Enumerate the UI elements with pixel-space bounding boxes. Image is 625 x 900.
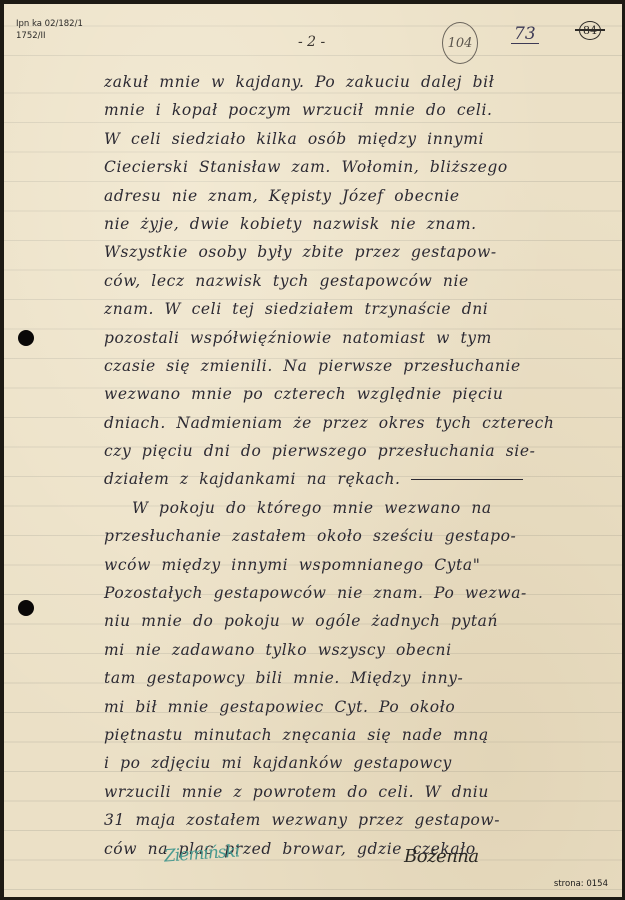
document-page: Ipn ka 02/182/1 1752/II - 2 - 104 73 84 …: [4, 4, 622, 897]
text-line: W pokoju do którego mnie wezwano na: [104, 494, 624, 522]
text-line: przesłuchanie zastałem około sześciu ges…: [104, 522, 624, 550]
text-line: adresu nie znam, Kępisty Józef obecnie: [104, 182, 624, 210]
text-line: znam. W celi tej siedziałem trzynaście d…: [104, 295, 624, 323]
text-line: i po zdjęciu mi kajdanków gestapowcy: [104, 749, 624, 777]
circled-archive-number: 104: [442, 22, 478, 64]
text-line: piętnastu minutach znęcania się nade mną: [104, 721, 624, 749]
folio-number: 73: [511, 25, 539, 44]
text-line: czasie się zmienili. Na pierwsze przesłu…: [104, 352, 624, 380]
text-line: czy pięciu dni do pierwszego przesłuchan…: [104, 437, 624, 465]
text-line: dniach. Nadmieniam że przez okres tych c…: [104, 409, 624, 437]
archive-ref-line-1: Ipn ka 02/182/1: [16, 18, 83, 30]
page-number: - 2 -: [298, 34, 325, 50]
text-line: Wszystkie osoby były zbite przez gestapo…: [104, 238, 624, 266]
text-line: nie żyje, dwie kobiety nazwisk nie znam.: [104, 210, 624, 238]
punch-hole-icon: [18, 330, 34, 346]
signature-right: Bożenna: [404, 846, 479, 867]
archive-reference: Ipn ka 02/182/1 1752/II: [16, 18, 83, 42]
text-line: 31 maja zostałem wezwany przez gestapow-: [104, 806, 624, 834]
text-line: pozostali współwięźniowie natomiast w ty…: [104, 324, 624, 352]
text-line: wrzucili mnie z powrotem do celi. W dniu: [104, 778, 624, 806]
text-line: mnie i kopał poczym wrzucił mnie do celi…: [104, 96, 624, 124]
text-line: niu mnie do pokoju w ogóle żadnych pytań: [104, 607, 624, 635]
text-line: zakuł mnie w kajdany. Po zakuciu dalej b…: [104, 68, 624, 96]
punch-hole-icon: [18, 600, 34, 616]
text-line: działem z kajdankami na rękach.: [104, 465, 401, 493]
handwritten-testimony: zakuł mnie w kajdany. Po zakuciu dalej b…: [104, 68, 624, 863]
paragraph-end-line: działem z kajdankami na rękach.: [104, 465, 624, 493]
text-line: wców między innymi wspomnianego Cyta": [104, 551, 624, 579]
crossed-out-folio-number: 84: [579, 21, 601, 40]
end-rule: [411, 479, 523, 480]
text-line: mi nie zadawano tylko wszyscy obecni: [104, 636, 624, 664]
text-line: Ciecierski Stanisław zam. Wołomin, bliżs…: [104, 153, 624, 181]
archive-ref-line-2: 1752/II: [16, 30, 83, 42]
text-line: ców, lecz nazwisk tych gestapowców nie: [104, 267, 624, 295]
text-line: W celi siedziało kilka osób między innym…: [104, 125, 624, 153]
text-line: tam gestapowcy bili mnie. Między inny-: [104, 664, 624, 692]
text-line: Pozostałych gestapowców nie znam. Po wez…: [104, 579, 624, 607]
text-line: mi bił mnie gestapowiec Cyt. Po około: [104, 693, 624, 721]
text-line: wezwano mnie po czterech względnie pięci…: [104, 380, 624, 408]
page-stamp: strona: 0154: [554, 879, 608, 889]
